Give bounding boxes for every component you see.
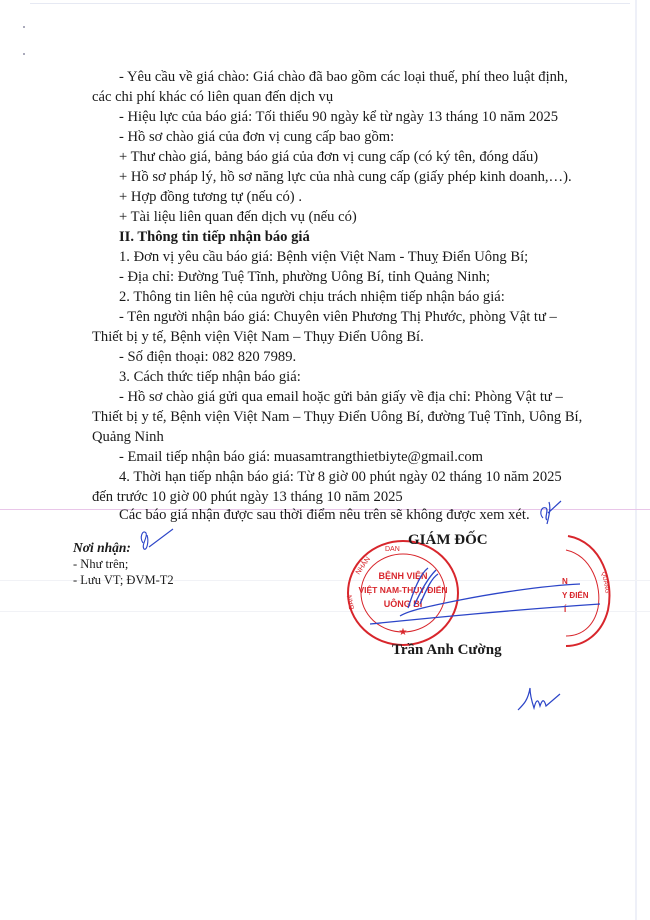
signature-title: GIÁM ĐỐC [408,532,488,549]
text-line: Thiết bị y tế, Bệnh viện Việt Nam – Thụy… [92,408,582,427]
text-line: 3. Cách thức tiếp nhận báo giá: [119,368,301,387]
text-line: 1. Đơn vị yêu cầu báo giá: Bệnh viện Việ… [119,248,528,267]
text-line: - Địa chỉ: Đường Tuệ Tĩnh, phường Uông B… [119,268,490,287]
text-line: - Hồ sơ chào giá của đơn vị cung cấp bao… [119,128,394,147]
text-line: đến trước 10 giờ 00 phút ngày 13 tháng 1… [92,488,403,507]
text-line: - Yêu cầu về giá chào: Giá chào đã bao g… [119,68,568,87]
recipient-item: - Lưu VT; ĐVM-T2 [73,572,174,588]
text-line: - Tên người nhận báo giá: Chuyên viên Ph… [119,308,557,327]
recipient-item: - Như trên; [73,556,174,572]
initials-signature-icon [510,680,570,720]
text-line: Quảng Ninh [92,428,164,447]
text-line: + Thư chào giá, bảng báo giá của đơn vị … [119,148,538,167]
email-line: - Email tiếp nhận báo giá: muasamtrangth… [119,448,483,467]
scan-speck [23,53,25,55]
text-line: - Số điện thoại: 082 820 7989. [119,348,296,367]
svg-text:BAN: BAN [347,594,356,609]
scan-speck [23,26,25,28]
page-edge-right [635,0,637,920]
text-line: - Hiệu lực của báo giá: Tối thiểu 90 ngà… [119,108,558,127]
text-line: + Hồ sơ pháp lý, hồ sơ năng lực của nhà … [119,168,572,187]
text-line: + Hợp đồng tương tự (nếu có) . [119,188,302,207]
text-line: 2. Thông tin liên hệ của người chịu trác… [119,288,505,307]
initials-signature-icon [535,496,565,526]
text-line: các chi phí khác có liên quan đến dịch v… [92,88,333,107]
text-line: Các báo giá nhận được sau thời điểm nêu … [119,506,530,525]
director-signature-icon [370,560,610,630]
text-line: Thiết bị y tế, Bệnh viện Việt Nam – Thụy… [92,328,424,347]
initials-signature-icon [135,525,180,555]
text-line: 4. Thời hạn tiếp nhận báo giá: Từ 8 giờ … [119,468,562,487]
section-heading: II. Thông tin tiếp nhận báo giá [119,228,310,247]
signer-name: Trần Anh Cường [392,642,502,659]
page-edge [30,3,630,4]
text-line: + Tài liệu liên quan đến dịch vụ (nếu có… [119,208,357,227]
text-line: - Hồ sơ chào giá gửi qua email hoặc gửi … [119,388,563,407]
svg-text:DAN: DAN [385,546,400,553]
